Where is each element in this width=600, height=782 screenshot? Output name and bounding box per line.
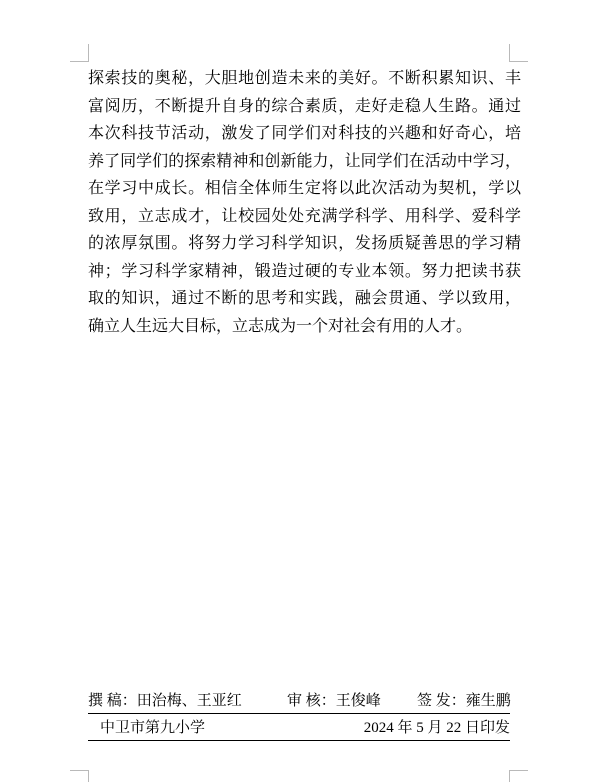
footer-credits-row: 撰 稿：田治梅、王亚红 审 核：王俊峰 签 发：雍生鹏 bbox=[88, 691, 510, 713]
organization-label: 中卫市第九小学 bbox=[100, 716, 205, 737]
print-date-label: 2024 年 5 月 22 日印发 bbox=[364, 716, 510, 737]
footer-divider-bottom bbox=[88, 740, 510, 741]
crop-mark-bottom-left-icon bbox=[70, 770, 89, 782]
crop-mark-top-right-icon bbox=[509, 44, 528, 62]
reviewer-label: 审 核：王俊峰 bbox=[287, 691, 381, 711]
body-paragraph: 探索技的奥秘，大胆地创造未来的美好。不断积累知识、丰 富阅历，不断提升自身的综合… bbox=[88, 65, 521, 340]
body-line: 确立人生远大目标，立志成为一个对社会有用的人才。 bbox=[88, 313, 521, 341]
body-line: 养了同学们的探索精神和创新能力，让同学们在活动中学习， bbox=[88, 148, 521, 176]
body-line: 的浓厚氛围。将努力学习科学知识，发扬质疑善思的学习精 bbox=[88, 230, 521, 258]
issuer-label: 签 发：雍生鹏 bbox=[417, 691, 511, 711]
body-line: 探索技的奥秘，大胆地创造未来的美好。不断积累知识、丰 bbox=[88, 65, 521, 93]
body-line: 神；学习科学家精神，锻造过硬的专业本领。努力把读书获 bbox=[88, 258, 521, 286]
body-line: 致用，立志成才，让校园处处充满学科学、用科学、爱科学 bbox=[88, 203, 521, 231]
crop-mark-top-left-icon bbox=[70, 44, 89, 62]
document-footer: 撰 稿：田治梅、王亚红 审 核：王俊峰 签 发：雍生鹏 中卫市第九小学 2024… bbox=[88, 691, 510, 741]
body-line: 取的知识，通过不断的思考和实践，融会贯通、学以致用， bbox=[88, 285, 521, 313]
document-page: 探索技的奥秘，大胆地创造未来的美好。不断积累知识、丰 富阅历，不断提升自身的综合… bbox=[0, 0, 600, 782]
body-line: 在学习中成长。相信全体师生定将以此次活动为契机，学以 bbox=[88, 175, 521, 203]
footer-issue-row: 中卫市第九小学 2024 年 5 月 22 日印发 bbox=[88, 714, 510, 740]
crop-mark-bottom-right-icon bbox=[509, 770, 528, 782]
body-line: 本次科技节活动，激发了同学们对科技的兴趣和好奇心，培 bbox=[88, 120, 521, 148]
drafter-label: 撰 稿：田治梅、王亚红 bbox=[88, 691, 242, 711]
body-line: 富阅历，不断提升自身的综合素质，走好走稳人生路。通过 bbox=[88, 93, 521, 121]
